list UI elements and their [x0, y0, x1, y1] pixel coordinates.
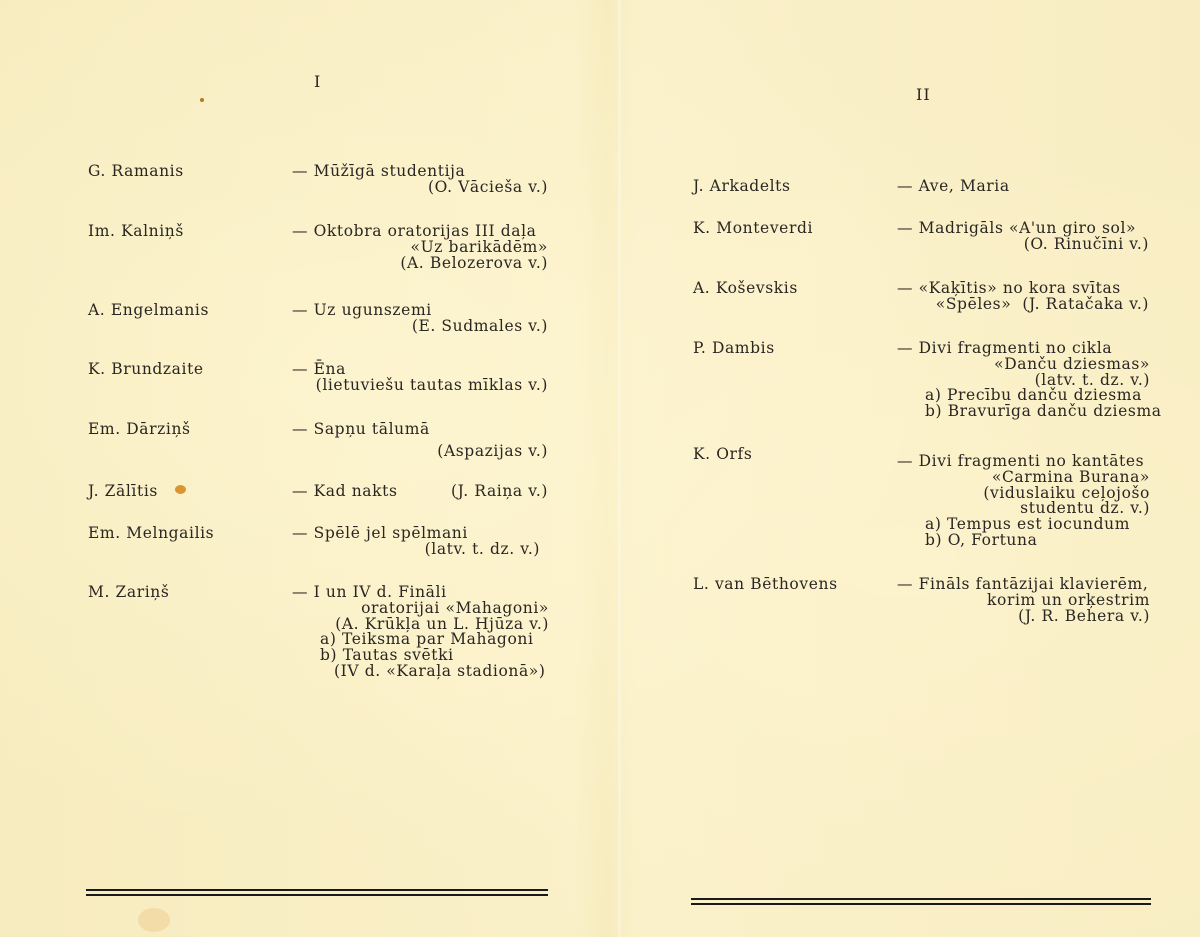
work-title: — Madrigāls «A'un giro sol» (O. Rinučīni…	[897, 221, 1149, 253]
work-title: — Ave, Maria	[897, 179, 1149, 195]
work-title: — Spēlē jel spēlmani (latv. t. dz. v.)	[292, 526, 540, 558]
movement-line: b) O, Fortuna	[897, 533, 1150, 549]
program-page-1: I G. Ramanis — Mūžīgā studentija (O. Vāc…	[0, 0, 600, 937]
composer-name: Im. Kalniņš	[88, 224, 184, 240]
program-page-2: II J. Arkadelts — Ave, Maria K. Montever…	[600, 0, 1200, 937]
work-title: — I un IV d. Fināli oratorijai «Mahagoni…	[292, 585, 549, 680]
composer-name: A. Koševskis	[693, 281, 798, 297]
movement-line: b) Bravurīga danču dziesma	[897, 404, 1150, 420]
composer-name: K. Monteverdi	[693, 221, 813, 237]
composer-name: P. Dambis	[693, 341, 775, 357]
composer-name: M. Zariņš	[88, 585, 169, 601]
lyricist-line: (J. Raiņa v.)	[440, 484, 548, 500]
composer-name: J. Zālītis	[88, 484, 158, 500]
composer-name: K. Orfs	[693, 447, 752, 463]
composer-name: L. van Bēthovens	[693, 577, 838, 593]
composer-name: G. Ramanis	[88, 164, 184, 180]
composer-name: Em. Melngailis	[88, 526, 214, 542]
lyricist-line: (Aspazijas v.)	[292, 444, 548, 460]
lyricist-line: (O. Vācieša v.)	[292, 180, 548, 196]
composer-name: Em. Dārziņš	[88, 422, 191, 438]
work-title: — Mūžīgā studentija (O. Vācieša v.)	[292, 164, 548, 196]
double-rule	[86, 889, 548, 896]
lyricist-line: (A. Belozerova v.)	[292, 256, 548, 272]
page-numeral: I	[314, 72, 321, 91]
page-numeral: II	[916, 85, 931, 104]
movement-note: (IV d. «Karaļa stadionā»)	[292, 664, 549, 680]
lyricist-line: «Spēles» (J. Ratačaka v.)	[897, 297, 1149, 313]
lyricist-line: (J. R. Behera v.)	[897, 609, 1150, 625]
composer-name: K. Brundzaite	[88, 362, 204, 378]
lyricist-line: (lietuviešu tautas mīklas v.)	[292, 378, 548, 394]
work-line: — Sapņu tālumā	[292, 422, 548, 438]
lyricist-line: (O. Rinučīni v.)	[897, 237, 1149, 253]
composer-name: A. Engelmanis	[88, 303, 209, 319]
work-title: — «Kaķītis» no kora svītas «Spēles» (J. …	[897, 281, 1149, 313]
work-title: — Divi fragmenti no kantātes «Carmina Bu…	[897, 454, 1150, 549]
work-title: — Oktobra oratorijas III daļa «Uz barikā…	[292, 224, 548, 271]
work-title: — Fināls fantāzijai klavierēm, korim un …	[897, 577, 1150, 624]
work-title: — Uz ugunszemi (E. Sudmales v.)	[292, 303, 548, 335]
composer-name: J. Arkadelts	[693, 179, 791, 195]
work-line: — Ave, Maria	[897, 179, 1149, 195]
work-title: — Sapņu tālumā (Aspazijas v.)	[292, 422, 548, 460]
work-title: — Divi fragmenti no cikla «Danču dziesma…	[897, 341, 1150, 420]
double-rule	[691, 898, 1151, 905]
lyricist-line: (latv. t. dz. v.)	[292, 542, 540, 558]
lyricist-line: (E. Sudmales v.)	[292, 319, 548, 335]
work-title: — Ēna (lietuviešu tautas mīklas v.)	[292, 362, 548, 394]
